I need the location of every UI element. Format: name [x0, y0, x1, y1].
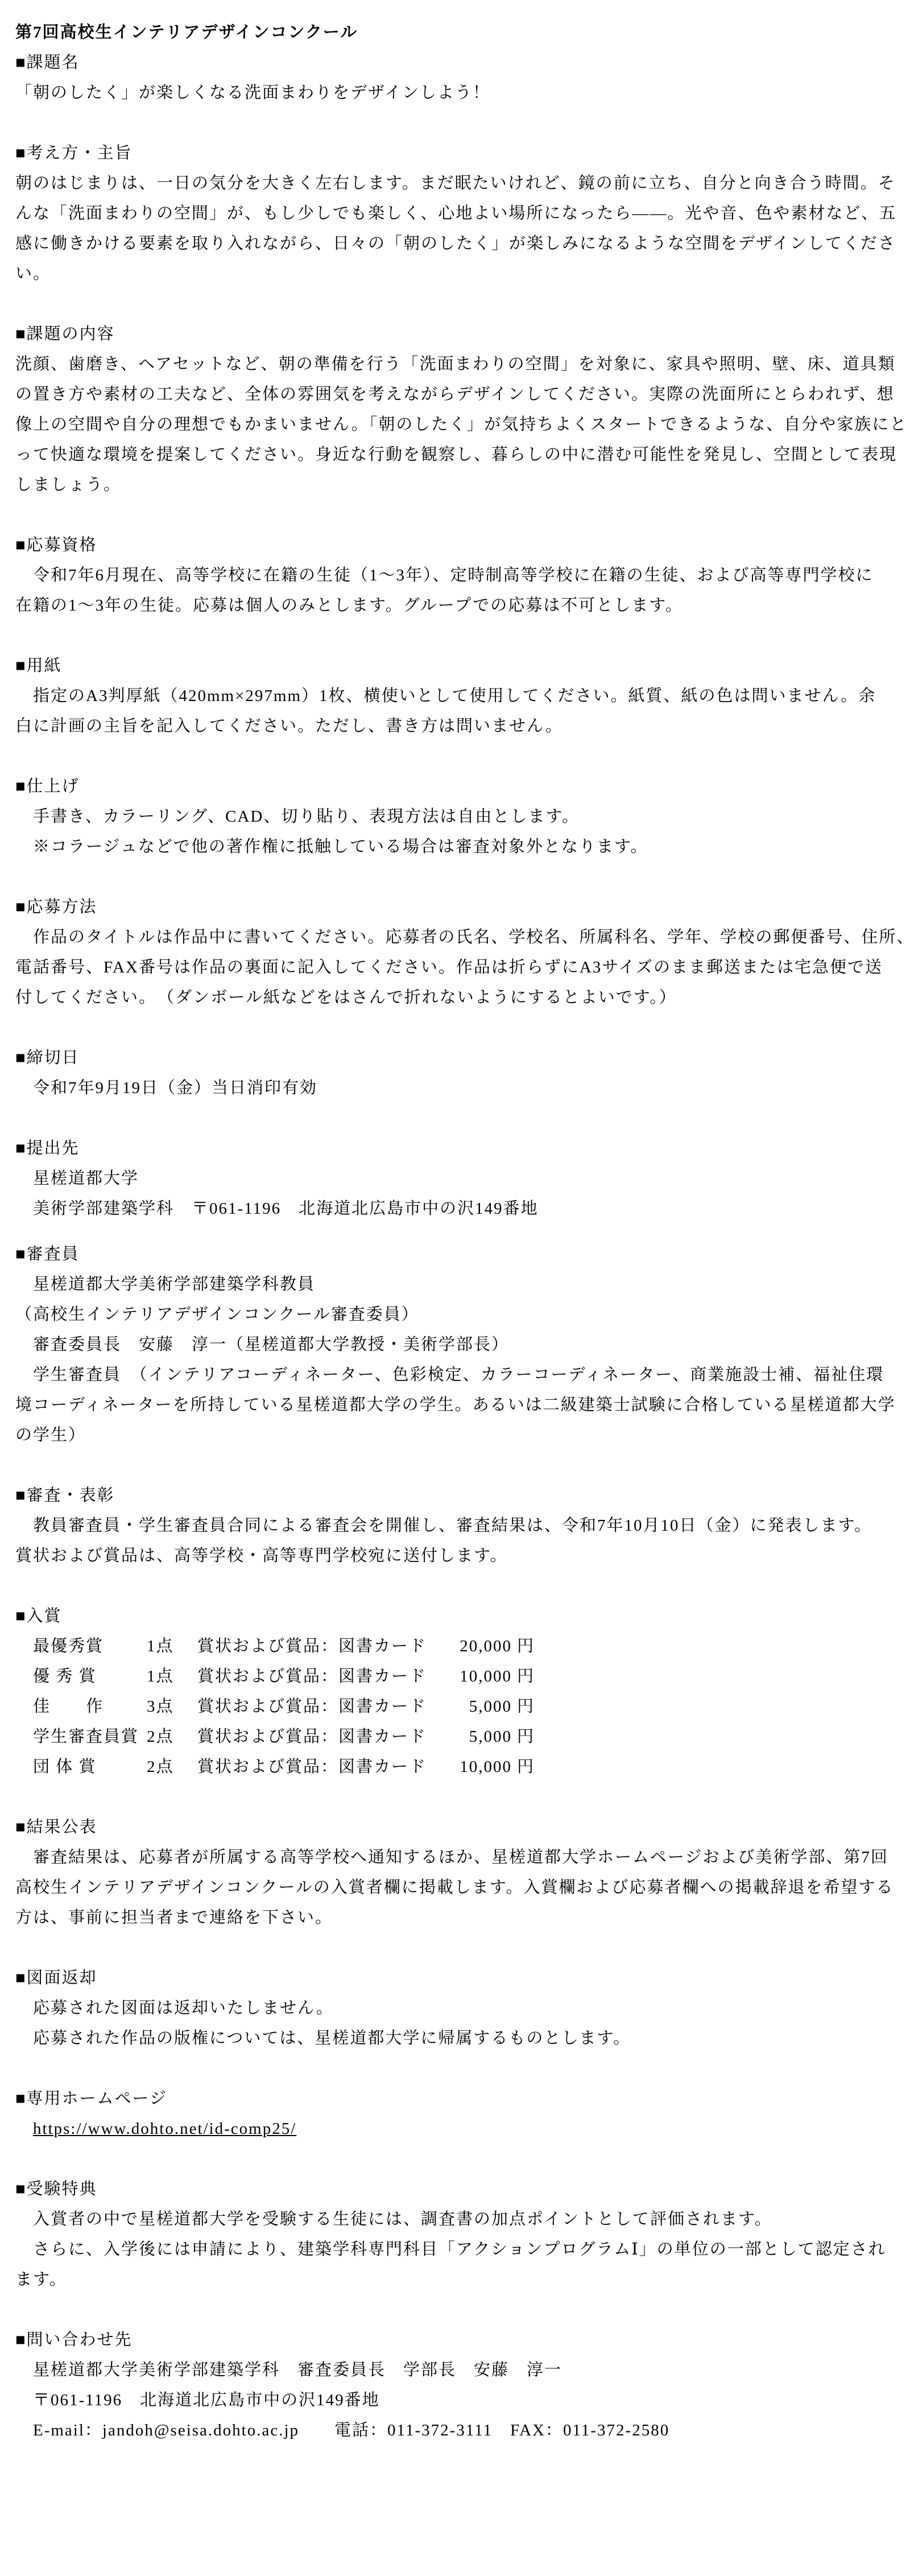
task-content-line: の置き方や素材の工夫など、全体の雰囲気を考えながらデザインしてください。実際の洗…: [15, 380, 910, 410]
paper-line: 指定のA3判厚紙（420mm×297mm）1枚、横使いとして使用してください。紙…: [15, 681, 910, 711]
blank-line: [15, 862, 910, 892]
prize-amount: 10,000: [427, 1662, 512, 1692]
heading-eligibility: ■応募資格: [15, 530, 910, 560]
blank-line: [15, 1450, 910, 1481]
blank-line: [15, 2295, 910, 2325]
task-content-line: って快適な環境を提案してください。身近な行動を観察し、暮らしの中に潜む可能性を発…: [15, 440, 910, 470]
heading-review-award: ■審査・表彰: [15, 1481, 910, 1511]
prize-amount: 20,000: [427, 1631, 512, 1662]
results-line: 方は、事前に担当者まで連絡を下さい。: [15, 1903, 910, 1933]
blank-line: [15, 1571, 910, 1601]
blank-line: [15, 1782, 910, 1812]
blank-line: [15, 741, 910, 772]
prize-name: 佳 作: [33, 1692, 147, 1722]
blank-line: [15, 2054, 910, 2084]
prize-row: 佳 作 3点 賞状および賞品：図書カード 5,000 円: [15, 1692, 910, 1722]
prize-name: 学生審査員賞: [33, 1722, 147, 1752]
heading-application: ■応募方法: [15, 892, 910, 922]
prize-name: 団 体 賞: [33, 1752, 147, 1782]
heading-deadline: ■締切日: [15, 1043, 910, 1073]
heading-paper: ■用紙: [15, 651, 910, 681]
concept-line: んな「洗面まわりの空間」が、もし少しでも楽しく、心地よい場所になったら――。光や…: [15, 199, 910, 229]
prize-description: 賞状および賞品：図書カード: [197, 1752, 427, 1782]
website-line: https://www.dohto.net/id-comp25/: [15, 2114, 910, 2144]
heading-finish: ■仕上げ: [15, 772, 910, 802]
judges-line: の学生）: [15, 1420, 910, 1450]
blank-line: [15, 500, 910, 530]
prize-description: 賞状および賞品：図書カード: [197, 1692, 427, 1722]
exam-benefit-line: 入賞者の中で星槎道都大学を受験する生徒には、調査書の加点ポイントとして評価されま…: [15, 2204, 910, 2235]
concept-line: 感に働きかける要素を取り入れながら、日々の「朝のしたく」が楽しみになるような空間…: [15, 229, 910, 259]
prize-amount-unit: 円: [517, 1752, 535, 1782]
heading-return-policy: ■図面返却: [15, 1963, 910, 1993]
contact-line: 星槎道都大学美術学部建築学科 審査委員長 学部長 安藤 淳一: [15, 2355, 910, 2385]
judges-line: 学生審査員 （インテリアコーディネーター、色彩検定、カラーコーディネーター、商業…: [15, 1360, 910, 1390]
deadline-line: 令和7年9月19日（金）当日消印有効: [15, 1073, 910, 1103]
theme-name-line: 「朝のしたく」が楽しくなる洗面まわりをデザインしよう！: [15, 78, 910, 108]
results-line: 高校生インテリアデザインコンクールの入賞者欄に掲載します。入賞欄および応募者欄へ…: [15, 1873, 910, 1903]
prize-description: 賞状および賞品：図書カード: [197, 1662, 427, 1692]
prize-amount-unit: 円: [517, 1662, 535, 1692]
blank-line: [15, 1933, 910, 1963]
concept-line: い。: [15, 259, 910, 289]
blank-line: [15, 1013, 910, 1043]
submission-line: 星槎道都大学: [15, 1164, 910, 1194]
prize-name: 優 秀 賞: [33, 1662, 147, 1692]
review-award-line: 賞状および賞品は、高等学校・高等専門学校宛に送付します。: [15, 1541, 910, 1571]
prize-row: 団 体 賞 2点 賞状および賞品：図書カード 10,000 円: [15, 1752, 910, 1782]
finish-line: 手書き、カラーリング、CAD、切り貼り、表現方法は自由とします。: [15, 802, 910, 832]
prize-description: 賞状および賞品：図書カード: [197, 1722, 427, 1752]
exam-benefit-line: さらに、入学後には申請により、建築学科専門科目「アクションプログラムⅠ」の単位の…: [15, 2235, 910, 2265]
judges-line: 星槎道都大学美術学部建築学科教員: [15, 1270, 910, 1300]
heading-submission: ■提出先: [15, 1134, 910, 1164]
application-line: 電話番号、FAX番号は作品の裏面に記入してください。作品は折らずにA3サイズのま…: [15, 953, 910, 983]
task-content-line: 洗顔、歯磨き、ヘアセットなど、朝の準備を行う「洗面まわりの空間」を対象に、家具や…: [15, 349, 910, 380]
prize-name: 最優秀賞: [33, 1631, 147, 1662]
prize-amount-unit: 円: [517, 1631, 535, 1662]
competition-website-link[interactable]: https://www.dohto.net/id-comp25/: [33, 2120, 296, 2138]
prize-amount: 10,000: [427, 1752, 512, 1782]
review-award-line: 教員審査員・学生審査員合同による審査会を開催し、審査結果は、令和7年10月10日…: [15, 1511, 910, 1541]
prize-count: 1点: [147, 1662, 197, 1692]
blank-line: [15, 621, 910, 651]
contact-line: 〒061-1196 北海道北広島市中の沢149番地: [15, 2385, 910, 2416]
task-content-line: 像上の空間や自分の理想でもかまいません。「朝のしたく」が気持ちよくスタートできる…: [15, 410, 910, 440]
prize-description: 賞状および賞品：図書カード: [197, 1631, 427, 1662]
return-policy-line: 応募された図面は返却いたしません。: [15, 1993, 910, 2023]
heading-website: ■専用ホームページ: [15, 2084, 910, 2114]
prize-amount-unit: 円: [517, 1722, 535, 1752]
judges-line: 境コーディネーターを所持している星槎道都大学の学生。あるいは二級建築士試験に合格…: [15, 1390, 910, 1420]
blank-line: [15, 289, 910, 319]
exam-benefit-line: ます。: [15, 2265, 910, 2295]
prize-amount: 5,000: [427, 1692, 512, 1722]
judges-line: （高校生インテリアデザインコンクール審査委員）: [15, 1300, 910, 1330]
blank-line: [15, 1103, 910, 1134]
heading-judges: ■審査員: [15, 1239, 910, 1270]
heading-prizes: ■入賞: [15, 1601, 910, 1631]
eligibility-line: 令和7年6月現在、高等学校に在籍の生徒（1～3年）、定時制高等学校に在籍の生徒、…: [15, 560, 910, 591]
prize-count: 2点: [147, 1722, 197, 1752]
document-title: 第7回高校生インテリアデザインコンクール: [15, 18, 910, 48]
judges-line: 審査委員長 安藤 淳一（星槎道都大学教授・美術学部長）: [15, 1330, 910, 1360]
document-body: 第7回高校生インテリアデザインコンクール ■課題名 「朝のしたく」が楽しくなる洗…: [0, 0, 910, 2446]
return-policy-line: 応募された作品の版権については、星槎道都大学に帰属するものとします。: [15, 2023, 910, 2054]
concept-line: 朝のはじまりは、一日の気分を大きく左右します。まだ眠たいけれど、鏡の前に立ち、自…: [15, 168, 910, 199]
contact-line: E-mail：jandoh@seisa.dohto.ac.jp 電話：011-3…: [15, 2416, 910, 2446]
finish-line: ※コラージュなどで他の著作権に抵触している場合は審査対象外となります。: [15, 832, 910, 862]
prize-amount: 5,000: [427, 1722, 512, 1752]
application-line: 付してください。 （ダンボール紙などをはさんで折れないようにするとよいです。）: [15, 983, 910, 1013]
prize-row: 学生審査員賞 2点 賞状および賞品：図書カード 5,000 円: [15, 1722, 910, 1752]
heading-task-content: ■課題の内容: [15, 319, 910, 349]
results-line: 審査結果は、応募者が所属する高等学校へ通知するほか、星槎道都大学ホームページおよ…: [15, 1843, 910, 1873]
eligibility-line: 在籍の1～3年の生徒。応募は個人のみとします。グループでの応募は不可とします。: [15, 591, 910, 621]
heading-exam-benefit: ■受験特典: [15, 2174, 910, 2204]
prize-row: 最優秀賞 1点 賞状および賞品：図書カード 20,000 円: [15, 1631, 910, 1662]
application-line: 作品のタイトルは作品中に書いてください。応募者の氏名、学校名、所属科名、学年、学…: [15, 922, 910, 953]
prize-amount-unit: 円: [517, 1692, 535, 1722]
prize-count: 1点: [147, 1631, 197, 1662]
submission-line: 美術学部建築学科 〒061-1196 北海道北広島市中の沢149番地: [15, 1194, 910, 1224]
task-content-line: しましょう。: [15, 470, 910, 500]
blank-line: [15, 108, 910, 138]
heading-contact: ■問い合わせ先: [15, 2325, 910, 2355]
blank-line: [15, 2144, 910, 2174]
heading-theme-name: ■課題名: [15, 48, 910, 78]
prize-row: 優 秀 賞 1点 賞状および賞品：図書カード 10,000 円: [15, 1662, 910, 1692]
paper-line: 白に計画の主旨を記入してください。ただし、書き方は問いません。: [15, 711, 910, 741]
prize-count: 2点: [147, 1752, 197, 1782]
prize-count: 3点: [147, 1692, 197, 1722]
heading-concept: ■考え方・主旨: [15, 138, 910, 168]
heading-results: ■結果公表: [15, 1812, 910, 1843]
